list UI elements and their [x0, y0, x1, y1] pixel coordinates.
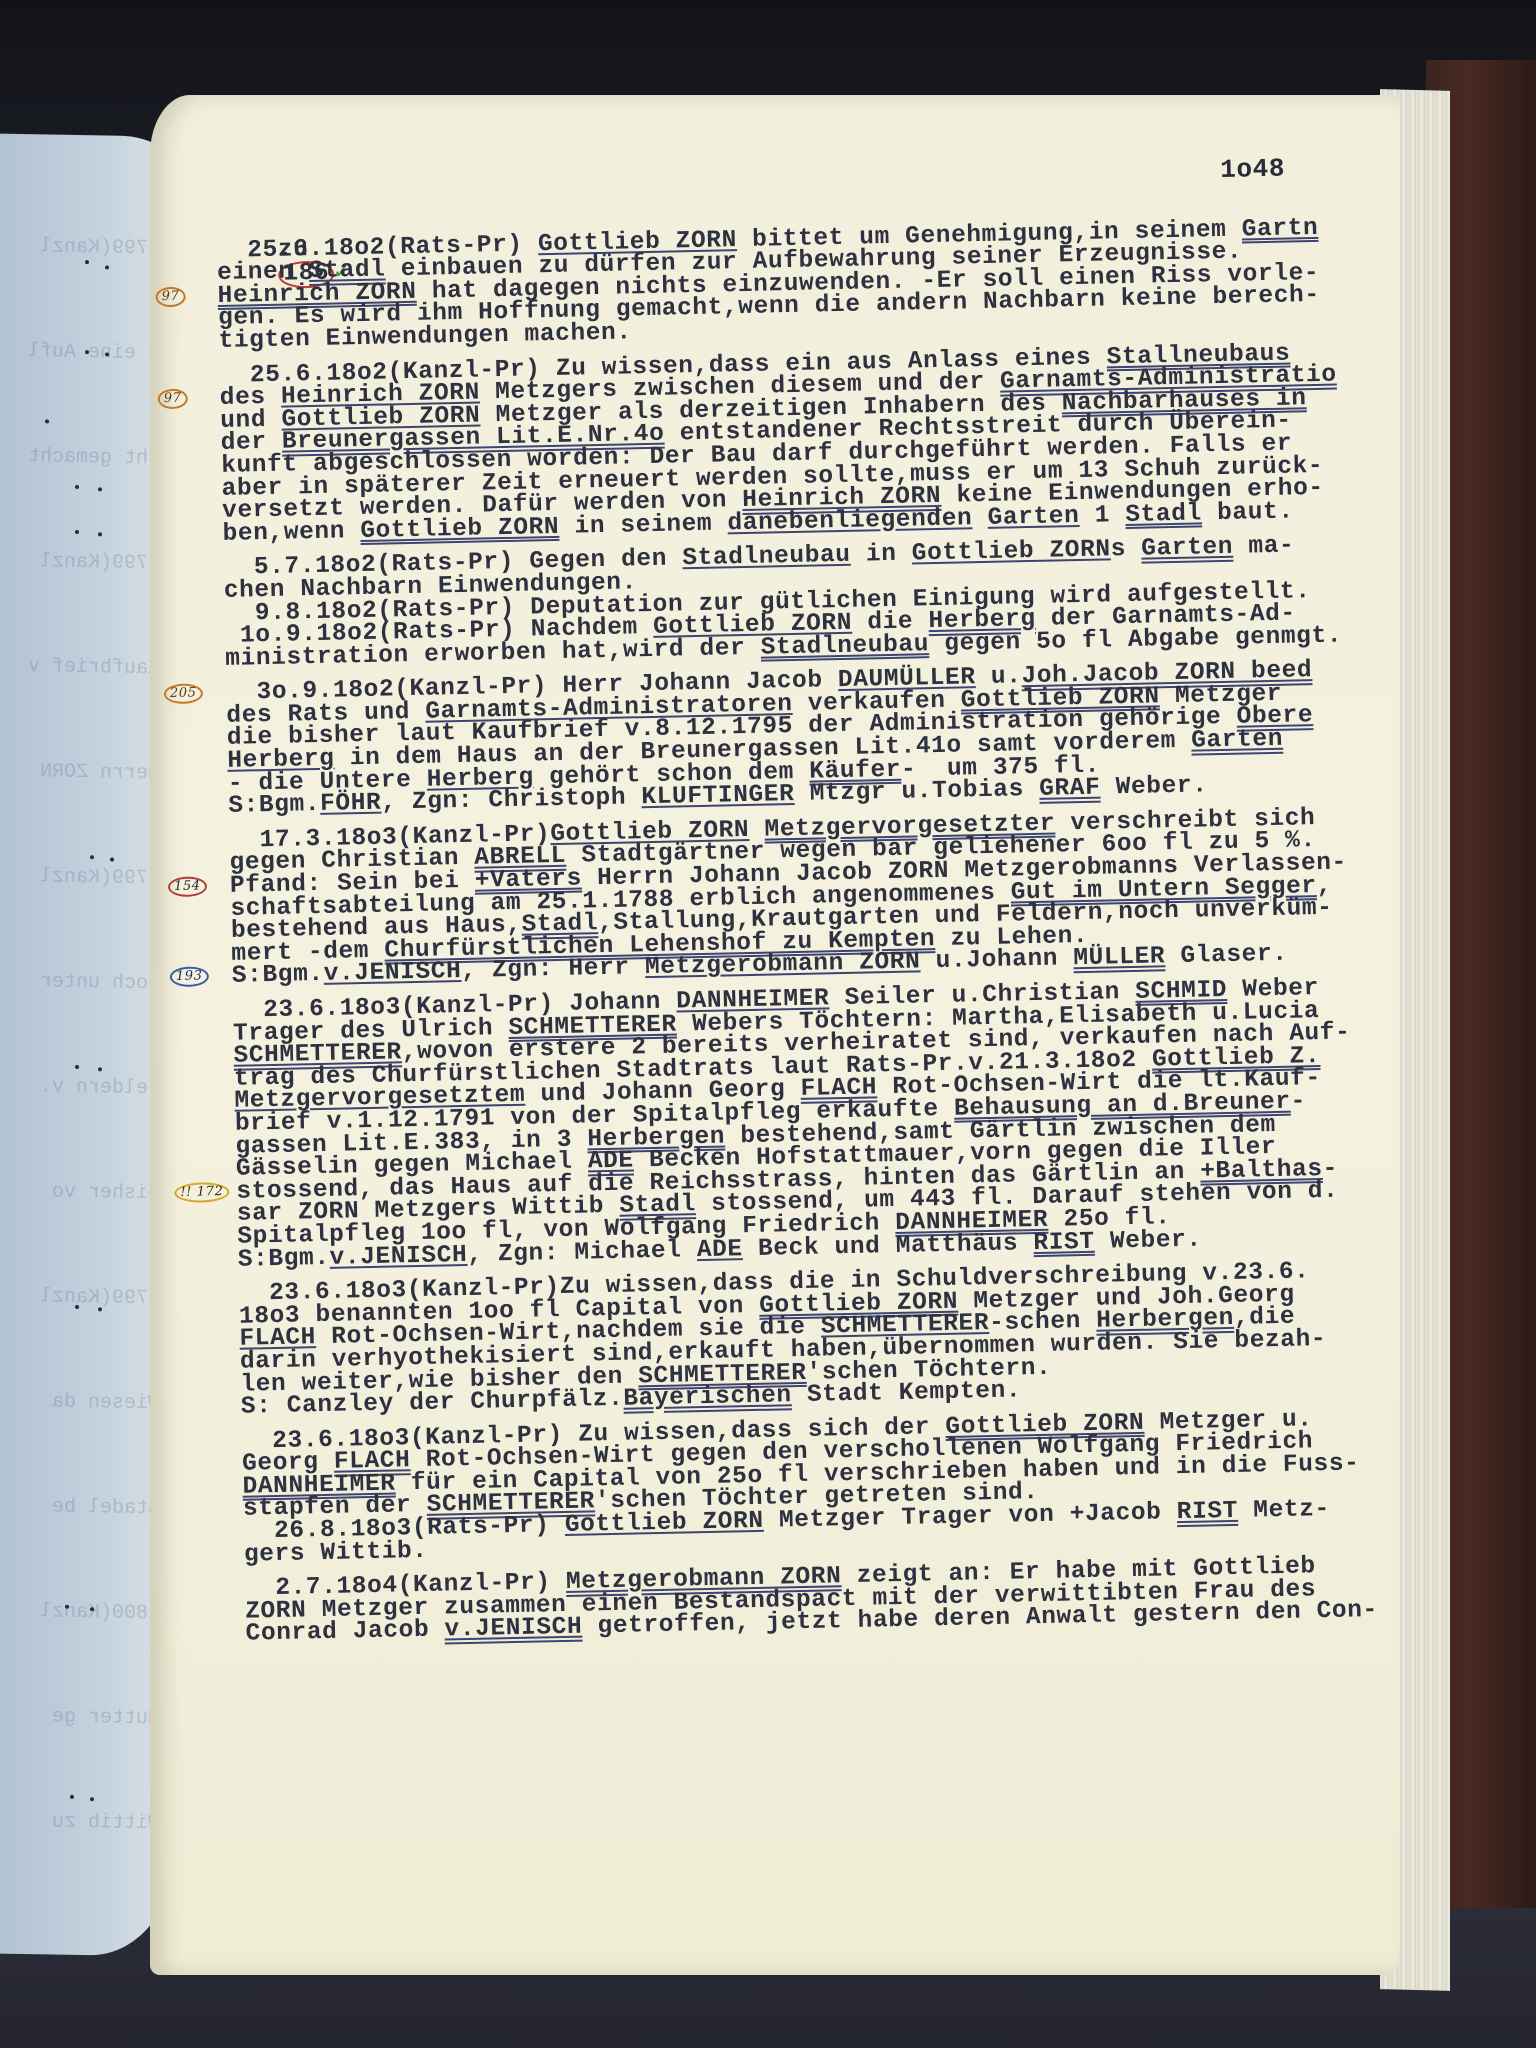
entry: 25.6.18o2(Rats-Pr) Gottlieb ZORN bittet … — [216, 215, 1418, 353]
margin-dot — [90, 1797, 94, 1801]
entry: 17.3.18o3(Kanzl-Pr)Gottlieb ZORN Metzger… — [229, 806, 1432, 989]
page-number: 1o48 — [1220, 158, 1285, 182]
bleed-through-text: Feldern v. — [10, 1074, 160, 1103]
bleed-through-text: Kaufbrief v — [10, 654, 160, 683]
margin-dot — [90, 855, 94, 859]
entries: 25.6.18o2(Rats-Pr) Gottlieb ZORN bittet … — [216, 215, 1445, 1646]
typewritten-text: 1o48 zu 186✓ 25.6.18o2(Rats-Pr) Gottlieb… — [215, 145, 1446, 1659]
margin-dot — [98, 1067, 102, 1071]
bleed-through-text: Wittib zu — [10, 1809, 160, 1838]
bleed-through-text: Mutter ge — [10, 1704, 160, 1733]
margin-dot — [105, 352, 109, 356]
entry: 3o.9.18o2(Kanzl-Pr) Herr Johann Jacob DA… — [226, 658, 1429, 819]
bleed-through-text: cht gemacht — [10, 444, 160, 473]
margin-dot — [70, 1795, 74, 1799]
entry: 5.7.18o2(Rats-Pr) Gegen den Stadlneubau … — [223, 533, 1425, 671]
entry: 23.6.18o3(Kanzl-Pr) Zu wissen,dass sich … — [241, 1406, 1444, 1567]
margin-dot — [75, 1305, 79, 1309]
margin-dot — [105, 265, 109, 269]
entry: 2.7.18o4(Kanzl-Pr) Metzgerobmann ZORN ze… — [245, 1554, 1446, 1647]
entry: 23.6.18o3(Kanzl-Pr) Johann DANNHEIMER Se… — [232, 976, 1437, 1272]
bleed-through-text: Herrn ZORN — [10, 759, 160, 788]
margin-dot — [98, 487, 102, 491]
entry: 25.6.18o2(Kanzl-Pr) Zu wissen,dass ein a… — [219, 340, 1423, 546]
margin-dot — [75, 530, 79, 534]
bleed-through-text: 1799(Kanzl — [10, 234, 160, 263]
margin-dot — [90, 1607, 94, 1611]
margin-dot — [75, 1065, 79, 1069]
margin-dot — [85, 260, 89, 264]
margin-dot — [45, 419, 49, 423]
margin-dot — [98, 1307, 102, 1311]
margin-dot — [85, 350, 89, 354]
bleed-through-text: 1800(Kanzl — [10, 1599, 160, 1628]
margin-dot — [65, 1605, 69, 1609]
bleed-through-text: noch unter — [10, 969, 160, 998]
margin-dot — [110, 858, 114, 862]
margin-dot — [75, 485, 79, 489]
bleed-through-text: 1799(Kanzl — [10, 549, 160, 578]
entry: 23.6.18o3(Kanzl-Pr)Zu wissen,dass die in… — [238, 1259, 1441, 1420]
bleed-through-text: 1799(Kanzl — [10, 1284, 160, 1313]
margin-dot — [98, 532, 102, 536]
bleed-through-text: Wiesen da — [10, 1389, 160, 1418]
bleed-through-text: Stadel be — [10, 1494, 160, 1523]
bleed-through-text: 1799(Kanzl — [10, 864, 160, 893]
bleed-through-text: bisher vo — [10, 1179, 160, 1208]
margin-annotation: 97 — [155, 286, 185, 307]
